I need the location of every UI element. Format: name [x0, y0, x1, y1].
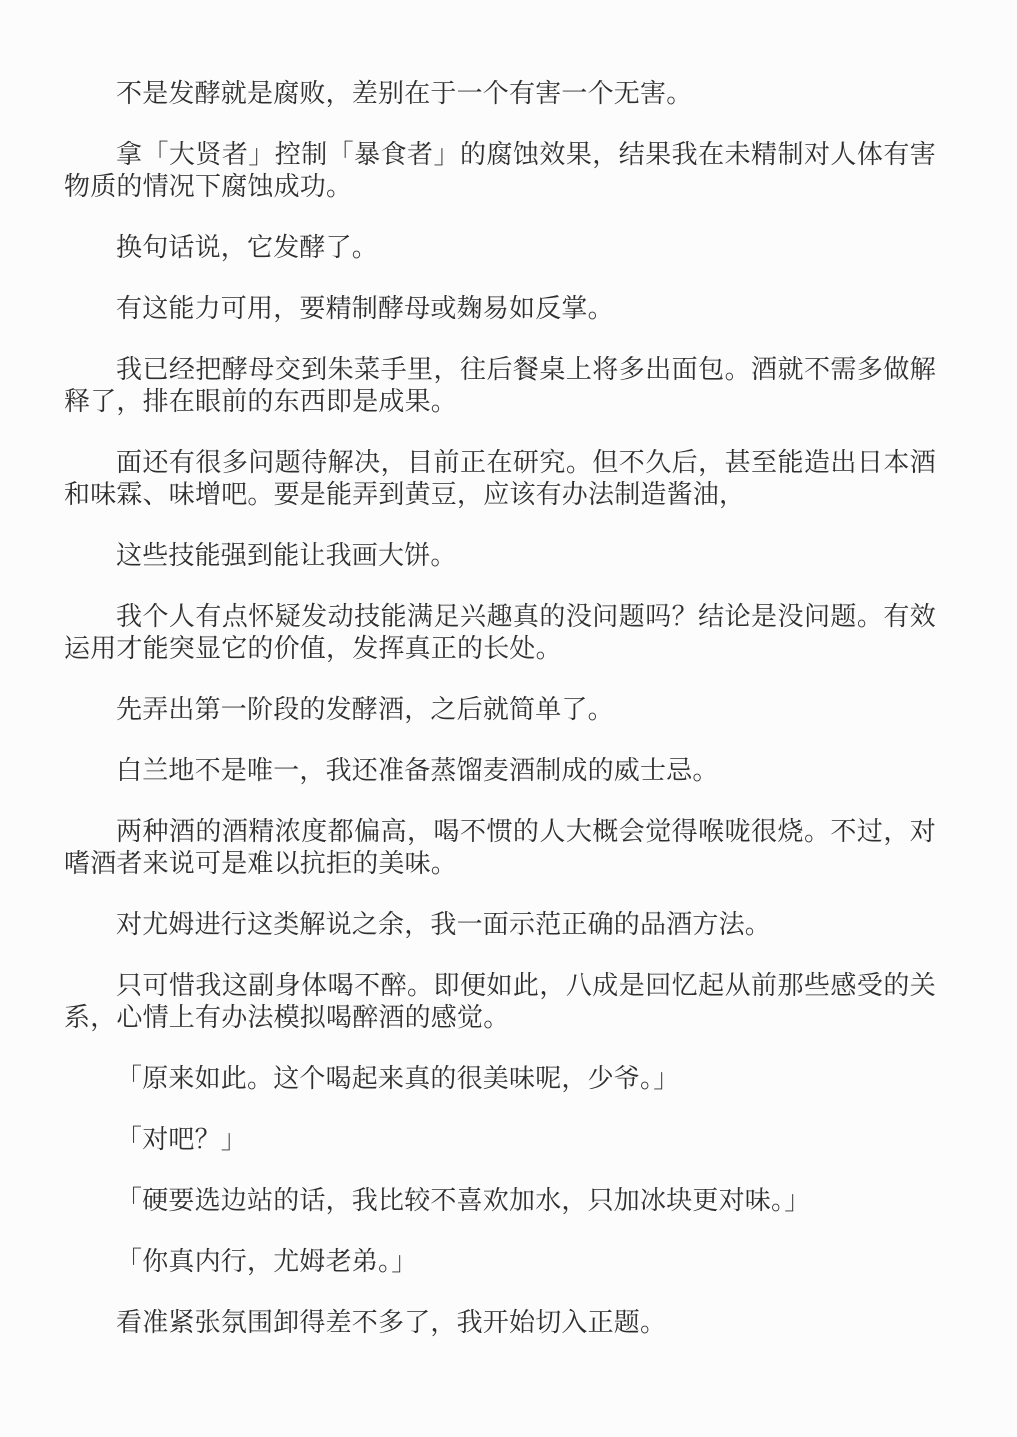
document-page: 不是发酵就是腐败，差别在于一个有害一个无害。 拿「大贤者」控制「暴食者」的腐蚀效…: [0, 0, 1017, 1437]
text-block: 不是发酵就是腐败，差别在于一个有害一个无害。 拿「大贤者」控制「暴食者」的腐蚀效…: [64, 78, 936, 1368]
paragraph: 我已经把酵母交到朱菜手里，往后餐桌上将多出面包。酒就不需多做解释了，排在眼前的东…: [64, 354, 936, 418]
paragraph: 「对吧？」: [64, 1124, 936, 1156]
paragraph: 「原来如此。这个喝起来真的很美味呢，少爷。」: [64, 1063, 936, 1095]
paragraph: 两种酒的酒精浓度都偏高，喝不惯的人大概会觉得喉咙很烧。不过，对嗜酒者来说可是难以…: [64, 816, 936, 880]
paragraph: 面还有很多问题待解决，目前正在研究。但不久后，甚至能造出日本酒和味霖、味增吧。要…: [64, 447, 936, 511]
paragraph: 只可惜我这副身体喝不醉。即便如此，八成是回忆起从前那些感受的关系，心情上有办法模…: [64, 970, 936, 1034]
paragraph: 这些技能强到能让我画大饼。: [64, 540, 936, 572]
paragraph: 「你真内行，尤姆老弟。」: [64, 1246, 936, 1278]
paragraph: 看准紧张氛围卸得差不多了，我开始切入正题。: [64, 1307, 936, 1339]
paragraph: 白兰地不是唯一，我还准备蒸馏麦酒制成的威士忌。: [64, 755, 936, 787]
paragraph: 换句话说，它发酵了。: [64, 232, 936, 264]
paragraph: 「硬要选边站的话，我比较不喜欢加水，只加冰块更对味。」: [64, 1185, 936, 1217]
paragraph: 先弄出第一阶段的发酵酒，之后就简单了。: [64, 694, 936, 726]
paragraph: 对尤姆进行这类解说之余，我一面示范正确的品酒方法。: [64, 909, 936, 941]
paragraph: 不是发酵就是腐败，差别在于一个有害一个无害。: [64, 78, 936, 110]
paragraph: 有这能力可用，要精制酵母或麹易如反掌。: [64, 293, 936, 325]
paragraph: 我个人有点怀疑发动技能满足兴趣真的没问题吗？结论是没问题。有效运用才能突显它的价…: [64, 601, 936, 665]
paragraph: 拿「大贤者」控制「暴食者」的腐蚀效果，结果我在未精制对人体有害物质的情况下腐蚀成…: [64, 139, 936, 203]
